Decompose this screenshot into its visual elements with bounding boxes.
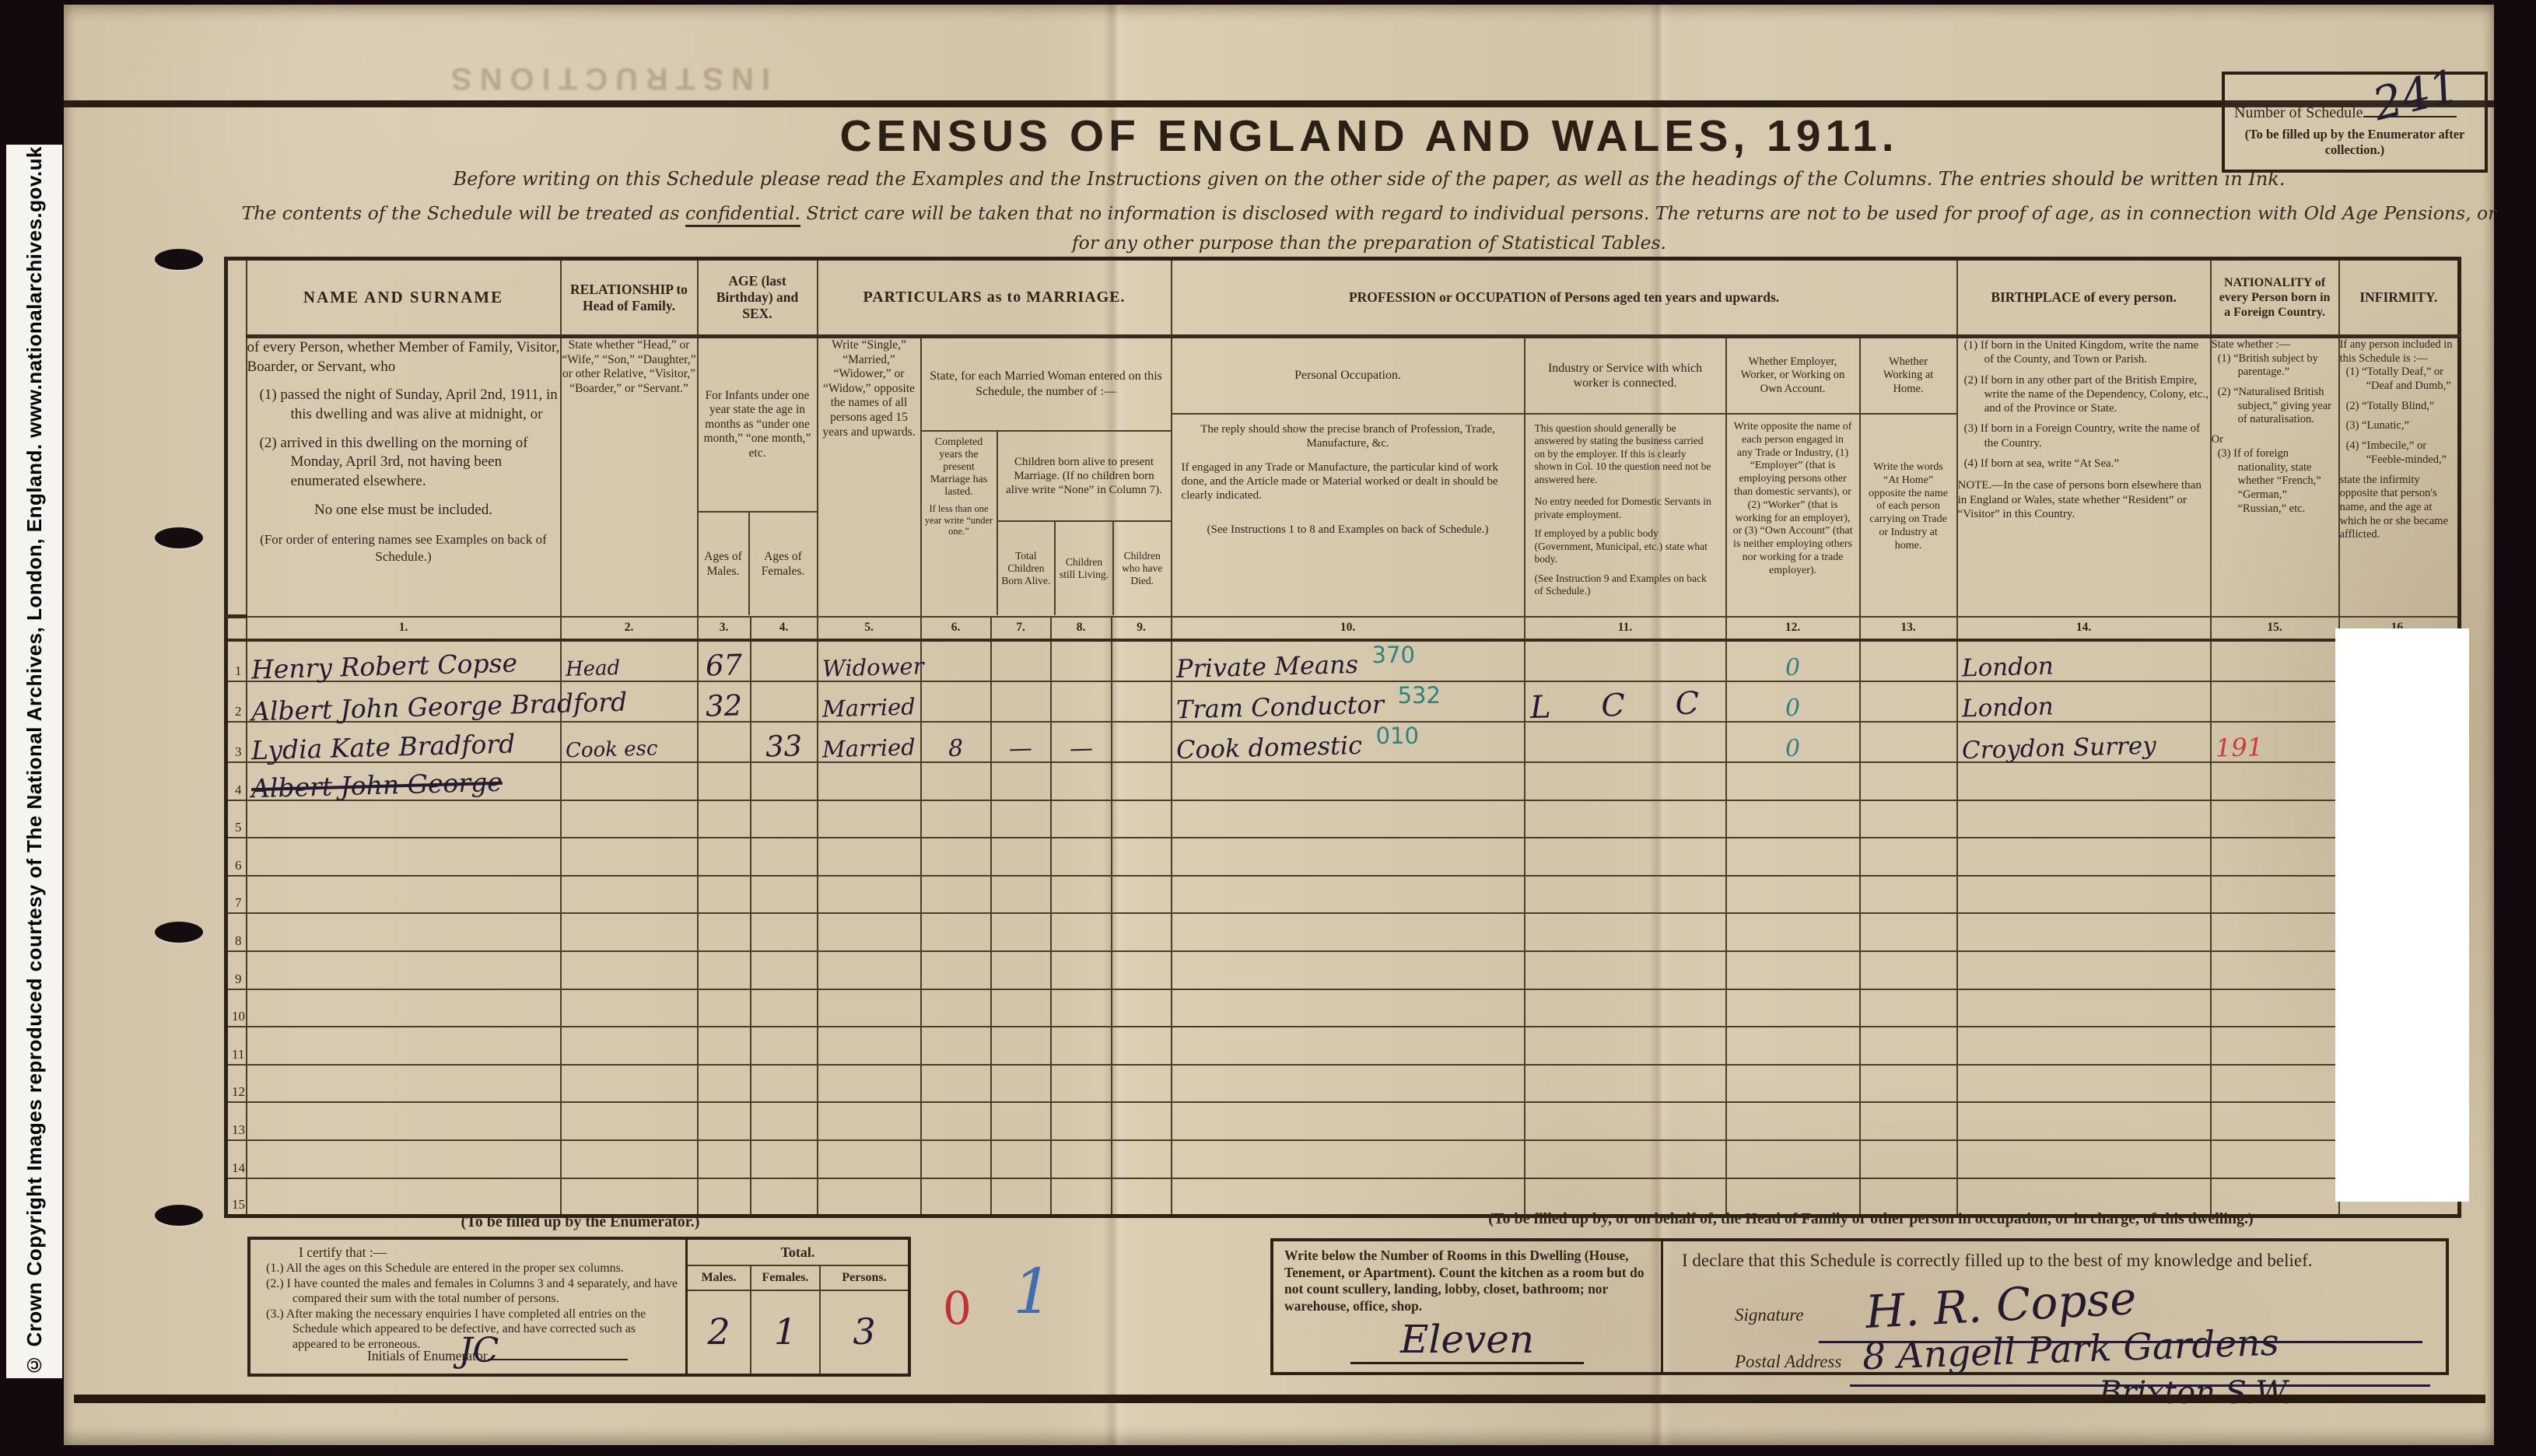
totals-males-value: 2 <box>707 1317 730 1347</box>
desc-occupation-head: Personal Occupation. <box>1172 338 1524 415</box>
handwritten-employer: 0 <box>1785 658 1801 678</box>
cell-industry <box>1525 1027 1726 1065</box>
cell-num: 15 <box>226 1178 247 1216</box>
cell-age_m <box>698 838 751 876</box>
cell-occupation <box>1172 762 1525 800</box>
cell-age_m <box>698 762 751 800</box>
desc-name: of every Person, whether Member of Famil… <box>247 337 561 617</box>
cell-died <box>1112 762 1172 800</box>
handwritten-relationship: Head <box>565 660 620 678</box>
bleed-through-ghost-text: INSTRUCTIONS <box>366 61 848 96</box>
address-handwriting-line2: Brixton S.W. <box>2099 1375 2292 1411</box>
cell-occupation <box>1172 1102 1525 1140</box>
colnum-2: 2. <box>561 617 698 641</box>
punch-hole <box>155 922 203 943</box>
cell-died <box>1112 989 1172 1027</box>
cell-born <box>991 1178 1051 1216</box>
cell-age_f <box>751 913 818 951</box>
cell-age_m <box>698 989 751 1027</box>
cell-industry <box>1525 640 1726 681</box>
cell-relationship <box>561 1102 698 1140</box>
cell-condition <box>818 1065 921 1103</box>
cell-born <box>991 1102 1051 1140</box>
colnum-8: 8. <box>1051 617 1112 641</box>
cell-athome <box>1860 722 1957 762</box>
occupation-code: 370 <box>1372 642 1415 668</box>
cell-nationality: 191 <box>2211 722 2339 762</box>
cell-relationship <box>561 989 698 1027</box>
household-section-label: (To be filled up by, or on behalf of, th… <box>1291 1210 2450 1228</box>
cell-relationship <box>561 876 698 914</box>
desc-industry-body: This question should generally be answer… <box>1525 415 1725 615</box>
confidential-text: The contents of the Schedule will be tre… <box>233 199 2505 257</box>
cell-athome <box>1860 1027 1957 1065</box>
cell-condition: Married <box>818 681 921 722</box>
desc-name-order: (For order of entering names see Example… <box>247 531 560 565</box>
cell-years <box>921 876 991 914</box>
cell-living <box>1051 913 1112 951</box>
cell-employer <box>1726 838 1860 876</box>
cell-athome <box>1860 800 1957 838</box>
cell-age_m <box>698 1140 751 1178</box>
cell-years <box>921 681 991 722</box>
totals-panel: Total. Males. Females. Persons. 2 1 3 <box>685 1240 908 1374</box>
cell-birthplace <box>1957 951 2211 989</box>
header-marriage: PARTICULARS as to MARRIAGE. <box>818 259 1172 337</box>
cell-occupation <box>1172 1140 1525 1178</box>
colnum-7: 7. <box>991 617 1051 641</box>
cell-athome <box>1860 640 1957 681</box>
cell-nationality <box>2211 1140 2339 1178</box>
copyright-strip: © Crown Copyright Images reproduced cour… <box>6 145 62 1378</box>
desc-inf-i4: (4) “Imbecile,” or “Feeble-minded,” <box>2340 439 2458 467</box>
cell-employer: 0 <box>1726 681 1860 722</box>
handwritten-age_f: 33 <box>765 733 803 759</box>
handwritten-condition: Married <box>821 737 915 759</box>
cell-nationality <box>2211 876 2339 914</box>
cell-living: — <box>1051 722 1112 762</box>
occupation-code: 010 <box>1376 723 1419 749</box>
cell-age_m <box>698 913 751 951</box>
rooms-handwriting: Eleven <box>1350 1317 1584 1364</box>
handwritten-age_m: 67 <box>706 653 743 678</box>
cell-condition <box>818 913 921 951</box>
totals-values: 2 1 3 <box>688 1291 908 1374</box>
desc-nationality: State whether :— (1) “British subject by… <box>2211 337 2339 617</box>
cell-occupation <box>1172 913 1525 951</box>
cell-name <box>247 989 561 1027</box>
cell-relationship <box>561 762 698 800</box>
cell-years <box>921 1102 991 1140</box>
desc-children-living: Children still Living. <box>1054 522 1112 615</box>
table-row: 4Albert John George <box>226 762 2460 800</box>
cell-num: 11 <box>226 1027 247 1065</box>
totals-header: Total. <box>688 1240 908 1266</box>
cell-birthplace <box>1957 876 2211 914</box>
cell-died <box>1112 913 1172 951</box>
cell-birthplace <box>1957 913 2211 951</box>
cell-name <box>247 1065 561 1103</box>
cell-employer: 0 <box>1726 722 1860 762</box>
cell-age_f <box>751 838 818 876</box>
handwritten-condition: Married <box>821 697 915 719</box>
table-row: 14 <box>226 1140 2460 1178</box>
cell-employer <box>1726 1140 1860 1178</box>
red-check-mark: 0 <box>943 1282 972 1335</box>
cell-died <box>1112 800 1172 838</box>
colnum-3: 3. <box>698 617 751 641</box>
cell-born <box>991 838 1051 876</box>
cell-living <box>1051 1065 1112 1103</box>
cell-age_m <box>698 1102 751 1140</box>
cell-employer <box>1726 1102 1860 1140</box>
cell-birthplace <box>1957 1102 2211 1140</box>
handwritten-birthplace: London <box>1961 696 2053 719</box>
desc-employer-head: Whether Employer, Worker, or Working on … <box>1727 338 1859 415</box>
totals-females-label: Females. <box>751 1266 821 1290</box>
bottom-rule <box>74 1395 2485 1403</box>
table-row: 10 <box>226 989 2460 1027</box>
desc-occ-p3: (See Instructions 1 to 8 and Examples on… <box>1182 523 1515 537</box>
schedule-number-label: Number of Schedule <box>2234 104 2363 121</box>
desc-occupation: Personal Occupation. The reply should sh… <box>1172 337 1525 617</box>
cell-born <box>991 989 1051 1027</box>
desc-inf-tail: state the infirmity opposite that person… <box>2340 474 2458 542</box>
table-row: 7 <box>226 876 2460 914</box>
cell-age_m <box>698 1178 751 1216</box>
cell-age_f <box>751 1065 818 1103</box>
cell-condition <box>818 951 921 989</box>
desc-ind-p3: If employed by a public body (Government… <box>1535 527 1716 565</box>
cell-age_f <box>751 1102 818 1140</box>
desc-ages-males: Ages of Males. <box>699 513 750 615</box>
cell-industry <box>1525 913 1726 951</box>
cell-years <box>921 989 991 1027</box>
desc-name-item1: (1) passed the night of Sunday, April 2n… <box>247 386 560 424</box>
cell-condition: Widower <box>818 640 921 681</box>
cell-age_m <box>698 800 751 838</box>
schedule-number-note: (To be filled up by the Enumerator after… <box>2231 127 2478 158</box>
household-box: Write below the Number of Rooms in this … <box>1270 1238 2449 1375</box>
table-row: 5 <box>226 800 2460 838</box>
desc-inf-s0: If any person included in this Schedule … <box>2340 338 2458 366</box>
cell-num: 9 <box>226 951 247 989</box>
cell-industry <box>1525 951 1726 989</box>
handwritten-born: — <box>1009 739 1033 759</box>
desc-years-married: Com­pleted years the present Marriage ha… <box>922 432 998 615</box>
page-title: CENSUS OF ENGLAND AND WALES, 1911. <box>778 110 1960 162</box>
desc-occupation-body: The reply should show the precise branch… <box>1172 415 1524 615</box>
cell-industry <box>1525 1065 1726 1103</box>
cell-living <box>1051 876 1112 914</box>
cell-relationship: Cook esc <box>561 722 698 762</box>
table-row: 12 <box>226 1065 2460 1103</box>
cell-athome <box>1860 876 1957 914</box>
initials-line <box>488 1359 628 1360</box>
cell-age_f <box>751 1140 818 1178</box>
cell-relationship <box>561 1027 698 1065</box>
desc-inf-i2: (2) “Totally Blind,” <box>2340 400 2458 414</box>
cell-nationality <box>2211 1027 2339 1065</box>
redaction-overlay <box>2335 628 2469 1202</box>
desc-ind-p1: This question should generally be answer… <box>1535 422 1716 486</box>
cell-employer: 0 <box>1726 640 1860 681</box>
certify-intro: I certify that :— <box>258 1244 679 1261</box>
cell-industry <box>1525 1102 1726 1140</box>
cell-age_f <box>751 640 818 681</box>
cell-born <box>991 1065 1051 1103</box>
copyright-text: © Crown Copyright Images reproduced cour… <box>23 146 47 1377</box>
handwritten-occupation: Cook domestic <box>1175 735 1362 761</box>
cell-num: 12 <box>226 1065 247 1103</box>
cell-name <box>247 800 561 838</box>
cell-age_m <box>698 951 751 989</box>
cell-relationship <box>561 951 698 989</box>
desc-birthplace: (1) If born in the United Kingdom, write… <box>1957 337 2211 617</box>
cell-num: 4 <box>226 762 247 800</box>
desc-inf-i1: (1) “Totally Deaf,” or “Deaf and Dumb,” <box>2340 366 2458 393</box>
desc-inf-i3: (3) “Lunatic,” <box>2340 419 2458 433</box>
cell-years <box>921 913 991 951</box>
cell-athome <box>1860 681 1957 722</box>
preamble-text: Before writing on this Schedule please r… <box>335 168 2404 190</box>
cell-condition <box>818 1140 921 1178</box>
cell-num: 10 <box>226 989 247 1027</box>
handwritten-relationship: Cook esc <box>565 740 657 759</box>
cell-died <box>1112 1178 1172 1216</box>
cell-name <box>247 913 561 951</box>
cell-living <box>1051 681 1112 722</box>
header-nationality: NATIONALITY of every Person born in a Fo… <box>2211 259 2339 337</box>
top-rule <box>64 100 2494 107</box>
cell-born <box>991 762 1051 800</box>
desc-children-top: Children born alive to present Marriage.… <box>998 432 1171 522</box>
header-infirmity: INFIRMITY. <box>2339 259 2460 337</box>
group-header-row: NAME AND SURNAME RELATIONSHIP to Head of… <box>226 259 2460 337</box>
row-number-header <box>226 259 247 617</box>
cell-age_f <box>751 951 818 989</box>
cell-birthplace <box>1957 800 2211 838</box>
desc-athome-head: Whether Working at Home. <box>1861 338 1956 415</box>
cell-condition <box>818 1027 921 1065</box>
desc-nat-s0: State whether :— <box>2212 338 2338 352</box>
cell-years <box>921 1178 991 1216</box>
handwritten-condition: Widower <box>821 656 923 678</box>
desc-employer: Whether Employer, Worker, or Working on … <box>1726 337 1860 617</box>
totals-persons-label: Persons. <box>821 1266 908 1290</box>
cell-occupation: Cook domestic010 <box>1172 722 1525 762</box>
handwritten-industry: L C C <box>1530 690 1720 721</box>
handwritten-living: — <box>1069 739 1093 759</box>
cell-birthplace <box>1957 1027 2211 1065</box>
handwritten-name: Lydia Kate Bradford <box>250 733 515 762</box>
desc-birth-i3: (3) If born in a Foreign Country, write … <box>1958 422 2210 450</box>
desc-children-died: Children who have Died. <box>1112 522 1171 615</box>
header-name: NAME AND SURNAME <box>247 259 561 337</box>
cell-died <box>1112 1102 1172 1140</box>
cell-relationship <box>561 800 698 838</box>
desc-marriage-top: State, for each Married Woman entered on… <box>922 338 1171 432</box>
desc-birth-i2: (2) If born in any other part of the Bri… <box>1958 373 2210 416</box>
cell-occupation: Private Means370 <box>1172 640 1525 681</box>
cell-athome <box>1860 838 1957 876</box>
cell-nationality <box>2211 762 2339 800</box>
cell-nationality <box>2211 1065 2339 1103</box>
desc-industry-inner: Industry or Service with which worker is… <box>1525 338 1725 615</box>
cell-name: Albert John George Bradford <box>247 681 561 722</box>
cell-employer <box>1726 913 1860 951</box>
desc-years-note: If less than one year write “under one.” <box>925 503 993 537</box>
cell-died <box>1112 951 1172 989</box>
handwritten-occupation: Private Means <box>1175 654 1358 680</box>
cell-num: 6 <box>226 838 247 876</box>
desc-ages-females: Ages of Females. <box>750 513 817 615</box>
cell-birthplace <box>1957 762 2211 800</box>
cell-age_f <box>751 1178 818 1216</box>
table-row: 11 <box>226 1027 2460 1065</box>
cell-employer <box>1726 989 1860 1027</box>
column-number-row: 1. 2. 3. 4. 5. 6. 7. 8. 9. 10. 11. 12. 1… <box>226 617 2460 641</box>
cell-relationship <box>561 1178 698 1216</box>
enumerator-box: I certify that :— (1.) All the ages on t… <box>247 1237 911 1377</box>
cell-age_f <box>751 681 818 722</box>
cell-industry <box>1525 989 1726 1027</box>
cell-industry <box>1525 876 1726 914</box>
desc-nat-i1: (1) “British subject by parentage.” <box>2212 352 2338 380</box>
cell-num: 8 <box>226 913 247 951</box>
census-rows: 1Henry Robert CopseHead67WidowerPrivate … <box>226 640 2460 1216</box>
handwritten-birthplace: London <box>1961 656 2053 678</box>
cell-born <box>991 800 1051 838</box>
nationality-red-mark: 191 <box>2215 737 2263 759</box>
desc-age-split: Ages of Males. Ages of Females. <box>699 511 817 615</box>
cell-num: 7 <box>226 876 247 914</box>
cell-num: 1 <box>226 640 247 681</box>
desc-condition: Write “Single,” “Married,” “Widower,” or… <box>818 337 921 617</box>
handwritten-employer: 0 <box>1785 739 1801 759</box>
cell-nationality <box>2211 800 2339 838</box>
certify-item2: (2.) I have counted the males and female… <box>258 1276 679 1307</box>
cell-athome <box>1860 989 1957 1027</box>
cell-employer <box>1726 876 1860 914</box>
cell-nationality <box>2211 951 2339 989</box>
desc-athome-body: Write the words “At Home” opposite the n… <box>1861 415 1956 615</box>
cell-birthplace <box>1957 838 2211 876</box>
cell-born <box>991 951 1051 989</box>
cell-died <box>1112 876 1172 914</box>
colnum-13: 13. <box>1860 617 1957 641</box>
cell-living <box>1051 640 1112 681</box>
handwritten-age_m: 32 <box>706 693 743 719</box>
desc-ind-p2: No entry needed for Domestic Servants in… <box>1535 495 1716 521</box>
cell-relationship: Head <box>561 640 698 681</box>
cell-living <box>1051 838 1112 876</box>
desc-industry-head: Industry or Service with which worker is… <box>1525 338 1725 415</box>
header-age: AGE (last Birthday) and SEX. <box>698 259 818 337</box>
desc-children-split: Total Children Born Alive. Children stil… <box>998 522 1171 615</box>
cell-industry <box>1525 800 1726 838</box>
cell-died <box>1112 1027 1172 1065</box>
cell-born: — <box>991 722 1051 762</box>
cell-living <box>1051 1102 1112 1140</box>
cell-relationship <box>561 1065 698 1103</box>
enumerator-certification: I certify that :— (1.) All the ages on t… <box>250 1240 685 1374</box>
cell-occupation <box>1172 800 1525 838</box>
totals-males-label: Males. <box>688 1266 751 1290</box>
cell-died <box>1112 722 1172 762</box>
cell-living <box>1051 1027 1112 1065</box>
cell-num: 3 <box>226 722 247 762</box>
cell-condition <box>818 1102 921 1140</box>
cell-athome <box>1860 1102 1957 1140</box>
handwritten-years: 8 <box>948 739 964 759</box>
signature-label: Signature <box>1735 1305 1804 1325</box>
desc-age-inner: For Infants under one year state the age… <box>699 338 817 615</box>
cell-born <box>991 913 1051 951</box>
cell-relationship <box>561 838 698 876</box>
cell-birthplace: Croydon Surrey <box>1957 722 2211 762</box>
desc-nat-i3: (3) If of foreign nationality, state whe… <box>2212 447 2338 516</box>
cell-occupation: Tram Conductor532 <box>1172 681 1525 722</box>
cell-occupation <box>1172 1065 1525 1103</box>
declaration-panel: I declare that this Schedule is correctl… <box>1663 1241 2446 1372</box>
cell-athome <box>1860 1065 1957 1103</box>
cell-name: Lydia Kate Bradford <box>247 722 561 762</box>
handwritten-name: Henry Robert Copse <box>250 653 517 681</box>
colnum-15: 15. <box>2211 617 2339 641</box>
table-row: 9 <box>226 951 2460 989</box>
cell-age_f: 33 <box>751 722 818 762</box>
address-label: Postal Address <box>1735 1352 1841 1372</box>
table-row: 13 <box>226 1102 2460 1140</box>
rooms-panel: Write below the Number of Rooms in this … <box>1273 1241 1663 1372</box>
cell-living <box>1051 800 1112 838</box>
cell-birthplace <box>1957 989 2211 1027</box>
cell-industry <box>1525 762 1726 800</box>
cell-condition <box>818 838 921 876</box>
cell-age_m <box>698 1065 751 1103</box>
cell-condition <box>818 876 921 914</box>
confidential-part2: Strict care will be taken that no inform… <box>800 202 2496 254</box>
cell-living <box>1051 1178 1112 1216</box>
cell-name <box>247 951 561 989</box>
cell-num: 5 <box>226 800 247 838</box>
cell-born <box>991 640 1051 681</box>
colnum-6: 6. <box>921 617 991 641</box>
cell-occupation <box>1172 1027 1525 1065</box>
cell-num: 2 <box>226 681 247 722</box>
colnum-11: 11. <box>1525 617 1726 641</box>
cell-died <box>1112 640 1172 681</box>
desc-children-born: Total Children Born Alive. <box>998 522 1055 615</box>
desc-ind-p4: (See Instruction 9 and Examples on back … <box>1535 572 1716 598</box>
desc-name-intro: of every Person, whether Member of Famil… <box>247 338 560 376</box>
cell-name <box>247 838 561 876</box>
cell-industry <box>1525 838 1726 876</box>
table-row: 6 <box>226 838 2460 876</box>
desc-occ-p1: The reply should show the precise branch… <box>1182 422 1515 451</box>
cell-birthplace <box>1957 1065 2211 1103</box>
desc-years-text: Com­pleted years the present Marriage ha… <box>925 436 993 499</box>
cell-occupation <box>1172 989 1525 1027</box>
punch-hole <box>155 527 203 548</box>
cell-years <box>921 1140 991 1178</box>
handwritten-occupation: Tram Conductor <box>1175 695 1384 721</box>
cell-born <box>991 1140 1051 1178</box>
cell-name <box>247 1178 561 1216</box>
declaration-text: I declare that this Schedule is correctl… <box>1682 1251 2313 1271</box>
colnum-9: 9. <box>1112 617 1172 641</box>
